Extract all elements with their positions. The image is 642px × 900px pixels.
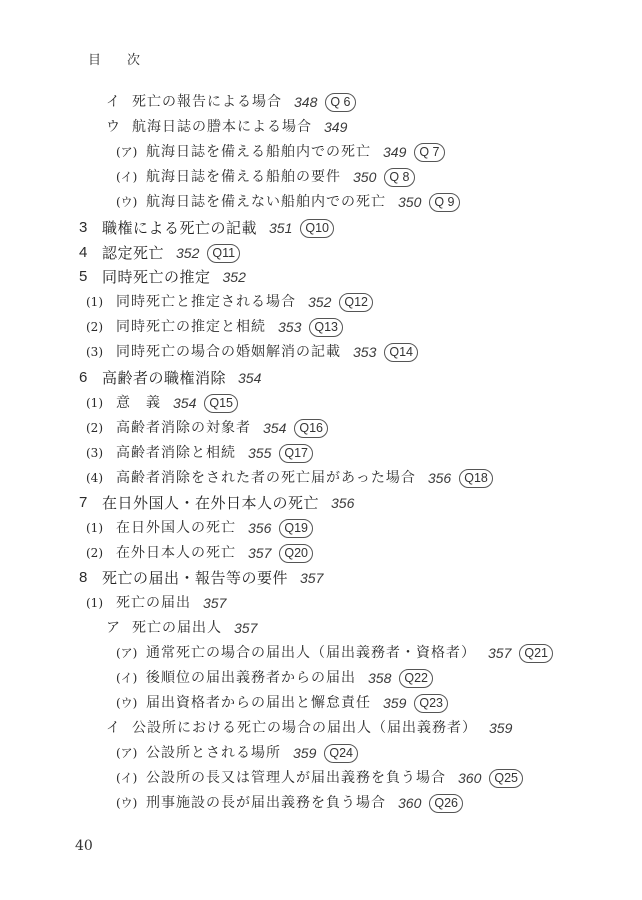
- toc-entry[interactable]: (2)在外日本人の死亡357Q20: [86, 541, 313, 565]
- toc-entry-page: 351: [269, 216, 292, 240]
- toc-entry-title: 航海日誌の謄本による場合: [132, 115, 312, 139]
- toc-entry-title: 公設所の長又は管理人が届出義務を負う場合: [146, 766, 446, 790]
- toc-entry-label: (2): [86, 416, 116, 440]
- toc-entry-title: 後順位の届出義務者からの届出: [146, 666, 356, 690]
- toc-entry-page: 359: [293, 741, 316, 765]
- question-badge: Q14: [384, 343, 418, 362]
- toc-entry[interactable]: (ア)公設所とされる場所359Q24: [116, 741, 358, 765]
- question-badge: Q23: [414, 694, 448, 713]
- toc-entry-page: 349: [324, 115, 347, 139]
- toc-entry-page: 353: [278, 315, 301, 339]
- question-badge: Q 9: [429, 193, 459, 212]
- question-badge: Q16: [294, 419, 328, 438]
- question-badge: Q 7: [414, 143, 444, 162]
- toc-entry-page: 357: [248, 541, 271, 565]
- toc-entry-page: 357: [300, 566, 323, 590]
- toc-entry-title: 航海日誌を備える船舶内での死亡: [146, 140, 371, 164]
- toc-entry-title: 航海日誌を備えない船舶内での死亡: [146, 190, 386, 214]
- toc-entry-title: 死亡の届出人: [132, 616, 222, 640]
- question-badge: Q11: [207, 244, 240, 263]
- toc-entry-label: (ウ): [116, 691, 146, 715]
- toc-entry[interactable]: (ア)航海日誌を備える船舶内での死亡349Q 7: [116, 140, 445, 164]
- toc-entry[interactable]: (ウ)届出資格者からの届出と懈怠責任359Q23: [116, 691, 448, 715]
- toc-entry-page: 352: [223, 265, 246, 289]
- toc-entry-label: ウ: [106, 115, 132, 139]
- toc-entry-label: イ: [106, 90, 132, 114]
- toc-entry-page: 357: [488, 641, 511, 665]
- toc-entry-title: 公設所における死亡の場合の届出人（届出義務者）: [132, 716, 477, 740]
- toc-entry-label: (1): [86, 516, 116, 540]
- toc-entry-title: 高齢者消除をされた者の死亡届があった場合: [116, 466, 416, 490]
- toc-entry-page: 357: [203, 591, 226, 615]
- toc-entry-title: 刑事施設の長が届出義務を負う場合: [146, 791, 386, 815]
- toc-entry-label: (イ): [116, 165, 146, 189]
- toc-entry-page: 354: [173, 391, 196, 415]
- question-badge: Q20: [279, 544, 313, 563]
- page-number: 40: [75, 838, 93, 854]
- toc-entry-label: 3: [79, 216, 102, 240]
- toc-entry-page: 360: [458, 766, 481, 790]
- toc-entry-label: (2): [86, 541, 116, 565]
- toc-entry-page: 354: [238, 366, 261, 390]
- toc-entry-page: 357: [234, 616, 257, 640]
- toc-entry-label: (1): [86, 391, 116, 415]
- question-badge: Q12: [339, 293, 373, 312]
- toc-entry[interactable]: (イ)後順位の届出義務者からの届出358Q22: [116, 666, 433, 690]
- toc-entry-label: (イ): [116, 766, 146, 790]
- toc-entry[interactable]: ウ航海日誌の謄本による場合349: [106, 115, 347, 139]
- toc-entry[interactable]: (4)高齢者消除をされた者の死亡届があった場合356Q18: [86, 466, 493, 490]
- toc-entry-label: 4: [79, 241, 102, 265]
- toc-entry-label: 6: [79, 366, 102, 390]
- toc-entry[interactable]: (2)高齢者消除の対象者354Q16: [86, 416, 328, 440]
- toc-entry[interactable]: 8死亡の届出・報告等の要件357: [79, 566, 323, 590]
- toc-entry-page: 353: [353, 340, 376, 364]
- toc-entry-page: 352: [176, 241, 199, 265]
- toc-entry[interactable]: 7在日外国人・在外日本人の死亡356: [79, 491, 354, 515]
- toc-entry-title: 同時死亡の推定: [102, 265, 211, 289]
- toc-entry-label: (4): [86, 466, 116, 490]
- toc-entry-page: 354: [263, 416, 286, 440]
- toc-entry-page: 356: [331, 491, 354, 515]
- toc-entry-label: (ウ): [116, 190, 146, 214]
- toc-entry-title: 死亡の届出・報告等の要件: [102, 566, 288, 590]
- toc-entry[interactable]: イ公設所における死亡の場合の届出人（届出義務者）359: [106, 716, 512, 740]
- question-badge: Q15: [204, 394, 238, 413]
- question-badge: Q10: [300, 219, 334, 238]
- toc-entry[interactable]: (1)在日外国人の死亡356Q19: [86, 516, 313, 540]
- toc-entry-title: 高齢者消除と相続: [116, 441, 236, 465]
- toc-entry-label: イ: [106, 716, 132, 740]
- toc-entry-title: 認定死亡: [102, 241, 164, 265]
- header-char-2: 次: [127, 49, 140, 68]
- toc-entry[interactable]: (3)高齢者消除と相続355Q17: [86, 441, 313, 465]
- toc-entry[interactable]: (1)同時死亡と推定される場合352Q12: [86, 290, 373, 314]
- question-badge: Q26: [429, 794, 463, 813]
- toc-entry-label: (1): [86, 591, 116, 615]
- toc-entry-title: 同時死亡と推定される場合: [116, 290, 296, 314]
- question-badge: Q22: [399, 669, 433, 688]
- question-badge: Q21: [519, 644, 553, 663]
- toc-entry-label: (ア): [116, 641, 146, 665]
- toc-entry-label: (イ): [116, 666, 146, 690]
- toc-entry-page: 348: [294, 90, 317, 114]
- question-badge: Q17: [279, 444, 313, 463]
- toc-entry-page: 356: [428, 466, 451, 490]
- toc-entry-title: 在日外国人の死亡: [116, 516, 236, 540]
- toc-entry[interactable]: (ア)通常死亡の場合の届出人（届出義務者・資格者）357Q21: [116, 641, 553, 665]
- toc-entry-page: 359: [383, 691, 406, 715]
- toc-entry-page: 350: [398, 190, 421, 214]
- toc-entry-title: 通常死亡の場合の届出人（届出義務者・資格者）: [146, 641, 476, 665]
- toc-entry[interactable]: (イ)公設所の長又は管理人が届出義務を負う場合360Q25: [116, 766, 523, 790]
- toc-entry-title: 同時死亡の場合の婚姻解消の記載: [116, 340, 341, 364]
- toc-entry-title: 届出資格者からの届出と懈怠責任: [146, 691, 371, 715]
- toc-entry-label: (ウ): [116, 791, 146, 815]
- question-badge: Q25: [489, 769, 523, 788]
- toc-entry-page: 358: [368, 666, 391, 690]
- question-badge: Q24: [324, 744, 358, 763]
- toc-entry[interactable]: 3職権による死亡の記載351Q10: [79, 216, 334, 240]
- toc-entry-title: 意 義: [116, 391, 161, 415]
- toc-entry[interactable]: (2)同時死亡の推定と相続353Q13: [86, 315, 343, 339]
- toc-entry-title: 公設所とされる場所: [146, 741, 281, 765]
- toc-entry-title: 高齢者の職権消除: [102, 366, 226, 390]
- toc-entry-page: 352: [308, 290, 331, 314]
- toc-entry-title: 航海日誌を備える船舶の要件: [146, 165, 341, 189]
- toc-entry-page: 349: [383, 140, 406, 164]
- toc-entry-page: 350: [353, 165, 376, 189]
- header-char-1: 目: [88, 49, 101, 68]
- toc-entry-title: 職権による死亡の記載: [102, 216, 257, 240]
- toc-entry[interactable]: (1)意 義354Q15: [86, 391, 238, 415]
- toc-entry[interactable]: (ウ)航海日誌を備えない船舶内での死亡350Q 9: [116, 190, 460, 214]
- toc-entry-title: 死亡の報告による場合: [132, 90, 282, 114]
- question-badge: Q 6: [325, 93, 355, 112]
- toc-header: 目次: [88, 49, 140, 68]
- toc-entry[interactable]: (ウ)刑事施設の長が届出義務を負う場合360Q26: [116, 791, 463, 815]
- toc-entry[interactable]: ア死亡の届出人357: [106, 616, 257, 640]
- toc-entry[interactable]: (1)死亡の届出357: [86, 591, 226, 615]
- toc-entry-label: (3): [86, 340, 116, 364]
- toc-entry-label: ア: [106, 616, 132, 640]
- toc-entry-title: 在外日本人の死亡: [116, 541, 236, 565]
- question-badge: Q 8: [384, 168, 414, 187]
- toc-entry[interactable]: (3)同時死亡の場合の婚姻解消の記載353Q14: [86, 340, 418, 364]
- toc-entry-title: 死亡の届出: [116, 591, 191, 615]
- toc-entry[interactable]: 5同時死亡の推定352: [79, 265, 246, 289]
- toc-entry[interactable]: イ死亡の報告による場合348Q 6: [106, 90, 356, 114]
- toc-entry-page: 360: [398, 791, 421, 815]
- toc-entry-label: (ア): [116, 140, 146, 164]
- question-badge: Q19: [279, 519, 313, 538]
- toc-entry[interactable]: 4認定死亡352Q11: [79, 241, 240, 265]
- toc-entry[interactable]: 6高齢者の職権消除354: [79, 366, 261, 390]
- toc-entry-label: (2): [86, 315, 116, 339]
- question-badge: Q18: [459, 469, 493, 488]
- toc-entry-label: (ア): [116, 741, 146, 765]
- toc-entry-label: (3): [86, 441, 116, 465]
- toc-entry-label: 7: [79, 491, 102, 515]
- toc-entry-title: 在日外国人・在外日本人の死亡: [102, 491, 319, 515]
- toc-entry-label: 8: [79, 566, 102, 590]
- toc-entry[interactable]: (イ)航海日誌を備える船舶の要件350Q 8: [116, 165, 415, 189]
- toc-entry-label: (1): [86, 290, 116, 314]
- toc-entry-page: 356: [248, 516, 271, 540]
- toc-entry-page: 355: [248, 441, 271, 465]
- toc-entry-label: 5: [79, 265, 102, 289]
- question-badge: Q13: [309, 318, 343, 337]
- toc-entry-page: 359: [489, 716, 512, 740]
- toc-entry-title: 高齢者消除の対象者: [116, 416, 251, 440]
- toc-entry-title: 同時死亡の推定と相続: [116, 315, 266, 339]
